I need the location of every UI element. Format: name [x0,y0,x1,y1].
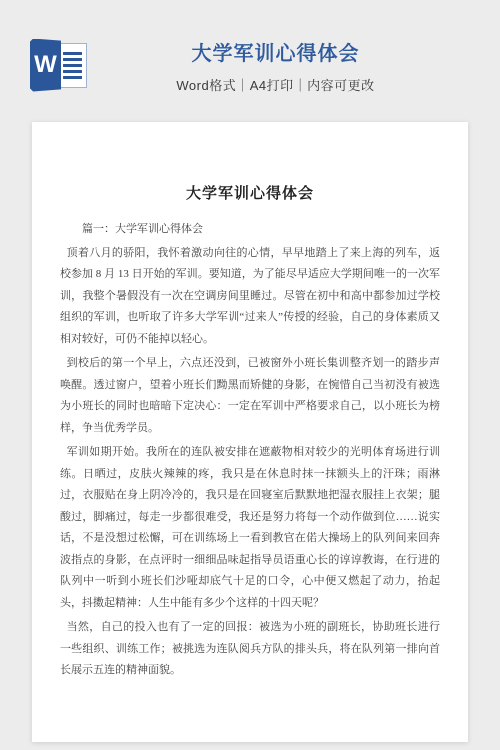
word-icon-text-line [63,76,82,79]
document-paragraph: 当然，自己的投入也有了一定的回报：被选为小班的副班长，协助班长进行一些组织、训练… [60,617,440,682]
page-subtitle: Word格式｜A4打印｜内容可更改 [87,75,464,94]
document-paragraph: 军训如期开始。我所在的连队被安排在遮蔽物相对较少的光明体育场进行训练。日晒过，皮… [60,442,440,614]
word-icon-text-line [63,70,82,73]
document-body: 顶着八月的骄阳，我怀着激动向往的心情，早早地踏上了来上海的列车，返校参加 8 月… [60,243,440,682]
document-paragraph: 到校后的第一个早上，六点还没到，已被窗外小班长集训整齐划一的踏步声唤醒。透过窗户… [60,353,440,439]
word-icon-text-line [63,64,82,67]
page-header: W 大学军训心得体会 Word格式｜A4打印｜内容可更改 [0,0,500,100]
header-text-block: 大学军训心得体会 Word格式｜A4打印｜内容可更改 [87,37,464,94]
document-preview-page: 大学军训心得体会 篇一：大学军训心得体会 顶着八月的骄阳，我怀着激动向往的心情，… [32,122,468,742]
document-section-heading: 篇一：大学军训心得体会 [60,219,440,241]
word-icon-cover: W [30,39,61,92]
word-icon-letter: W [34,51,57,79]
document-title: 大学军训心得体会 [60,182,440,203]
word-icon-text-line [63,52,82,55]
document-paragraph: 顶着八月的骄阳，我怀着激动向往的心情，早早地踏上了来上海的列车，返校参加 8 月… [60,243,440,351]
word-file-icon: W [30,39,87,92]
page-title: 大学军训心得体会 [87,37,464,66]
word-icon-text-line [63,58,82,61]
